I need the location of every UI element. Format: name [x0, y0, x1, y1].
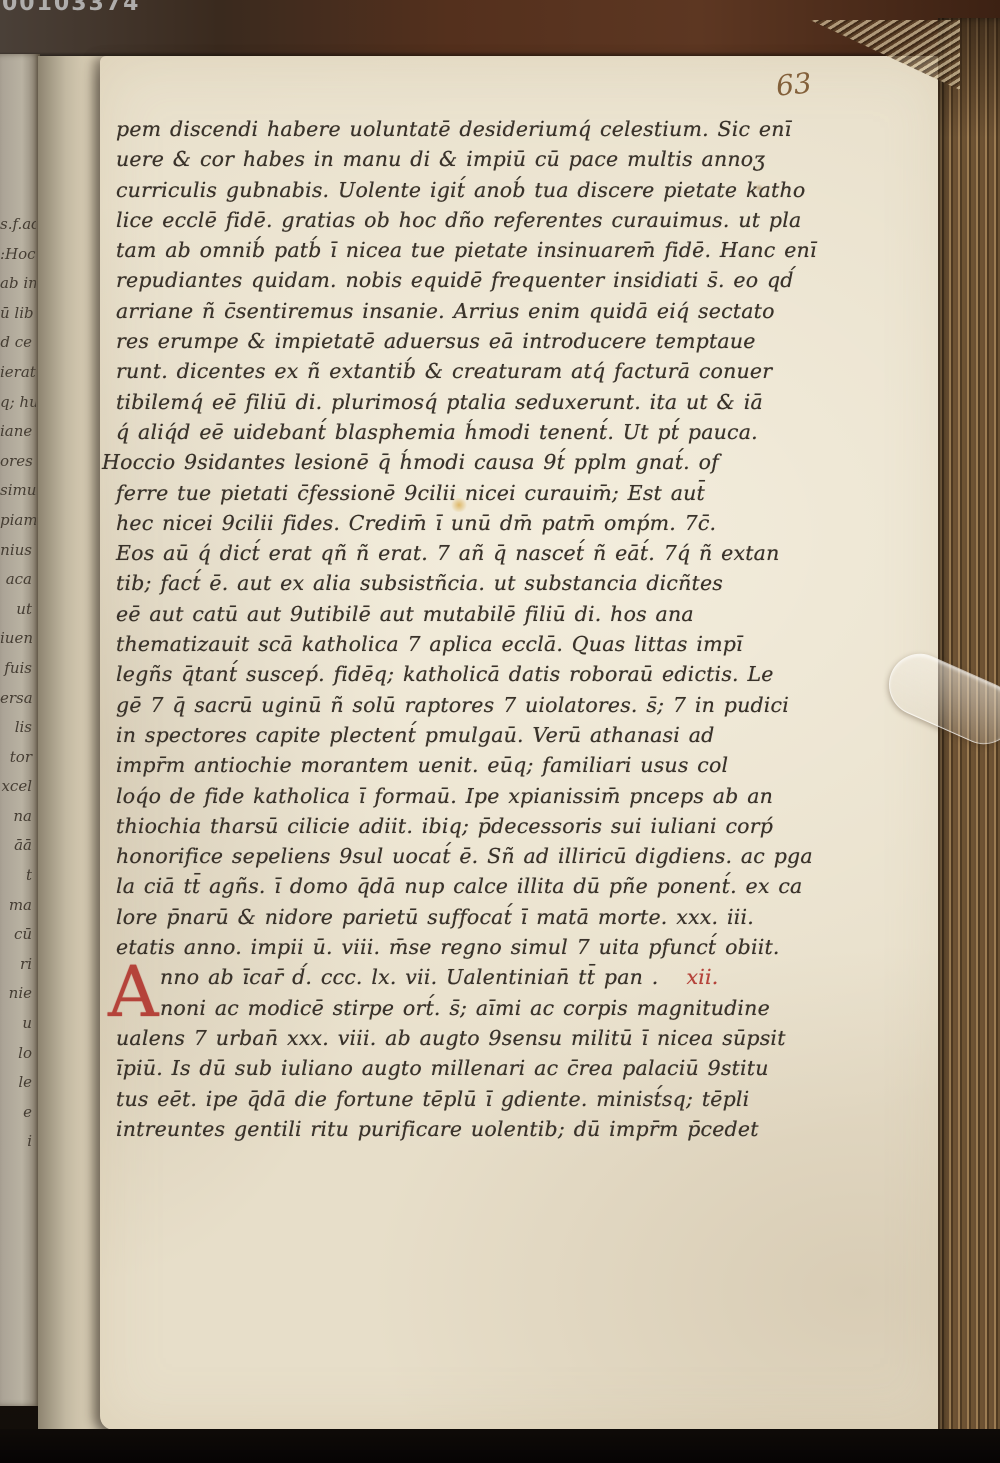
text-line: intreuntes gentili ritu purificare uolen… [116, 1114, 876, 1144]
margin-fragment: aca [0, 565, 36, 595]
margin-fragment: ut [0, 595, 36, 625]
margin-fragment: q; hul [0, 388, 36, 418]
text-line: repudiantes quidam. nobis equidē frequen… [116, 265, 876, 295]
margin-fragment: ma [0, 891, 36, 921]
margin-fragment: ab im [0, 269, 36, 299]
text-line: thematizauit scā katholica 7 aplica eccl… [116, 629, 876, 659]
text-line: legñs q̄tant́ susceṕ. fidēq; katholicā d… [116, 659, 876, 689]
folio-number: 63 [774, 66, 813, 103]
margin-fragment: ores [0, 447, 36, 477]
margin-fragment: iane [0, 417, 36, 447]
text-line: res erumpe & impietatē aduersus eā intro… [116, 326, 876, 356]
text-line: tibilemq́ eē filiū di. plurimosq́ ptalia… [116, 387, 876, 417]
margin-fragment: na [0, 802, 36, 832]
anno-text: nno ab īcar̄ d́. ccc. lx. vii. Ualentini… [160, 965, 658, 989]
manuscript-photo: 00103374 s.f.ad :Hoc ab im ū lib d ce ie… [0, 0, 1000, 1463]
margin-fragment: fuis [0, 654, 36, 684]
margin-fragment: simu [0, 476, 36, 506]
text-line: Eos aū q́ dict́ erat qñ ñ erat. 7 añ q̄ … [116, 538, 876, 568]
text-line: impr̄m antiochie morantem uenit. eūq; fa… [116, 750, 876, 780]
margin-fragment: piam [0, 506, 36, 536]
text-line: tib; fact́ ē. aut ex alia subsistñcia. u… [116, 568, 876, 598]
text-line: in spectores capite plectent́ pmulgaū. V… [116, 720, 876, 750]
margin-fragment: xcel [0, 772, 36, 802]
margin-fragment: i [0, 1127, 36, 1157]
rubric-initial-A: A [108, 960, 159, 1024]
margin-fragment: lo [0, 1039, 36, 1069]
text-line: noni ac modicē stirpe ort́. s̄; aīmi ac … [116, 993, 876, 1023]
margin-fragment: ū lib [0, 299, 36, 329]
margin-fragment: s.f.ad [0, 210, 36, 240]
text-line: ualens 7 urban̄ xxx. viii. ab augto 9sen… [116, 1023, 876, 1053]
text-line: arriane ñ c̄sentiremus insanie. Arrius e… [116, 296, 876, 326]
text-line: honorifice sepeliens 9sul uocat́ ē. Sñ a… [116, 841, 876, 871]
text-line: lice ecclē fidē. gratias ob hoc dño refe… [116, 205, 876, 235]
margin-fragment: ierat [0, 358, 36, 388]
image-id-label: 00103374 [2, 0, 140, 16]
margin-fragment: ri [0, 950, 36, 980]
margin-fragment: le [0, 1068, 36, 1098]
chapter-number-rubric: xii. [686, 965, 718, 989]
text-line: curriculis gubnabis. Uolente igit́ anob́… [116, 175, 876, 205]
text-line: loq́o de fide katholica ī formaū. Ipe xp… [116, 781, 876, 811]
facing-page-text-fragments: s.f.ad :Hoc ab im ū lib d ce ierat q; hu… [0, 210, 36, 1157]
text-line: Hoccio 9sidantes lesionē q̄ h́modi causa… [102, 447, 876, 477]
margin-fragment: cū [0, 920, 36, 950]
margin-fragment: d ce [0, 328, 36, 358]
text-block: pem discendi habere uoluntatē desiderium… [116, 114, 876, 1144]
margin-fragment: nie [0, 979, 36, 1009]
text-line: gē 7 q̄ sacrū uginū ñ solū raptores 7 ui… [116, 690, 876, 720]
margin-fragment: lis [0, 713, 36, 743]
margin-fragment: ersa [0, 684, 36, 714]
text-line: ferre tue pietati c̄fessionē 9cilii nice… [116, 478, 876, 508]
text-line: tus eēt. ipe q̄dā die fortune tēplū ī gd… [116, 1084, 876, 1114]
margin-fragment: nius [0, 536, 36, 566]
photo-bottom-shadow [0, 1429, 1000, 1463]
text-line: etatis anno. impii ū. viii. m̄se regno s… [116, 932, 876, 962]
facing-page-edge: s.f.ad :Hoc ab im ū lib d ce ierat q; hu… [0, 54, 40, 1406]
text-line: q́ aliq́d eē uidebant́ blasphemia h́modi… [116, 417, 876, 447]
text-line: thiochia tharsū cilicie adiit. ibiq; p̄d… [116, 811, 876, 841]
margin-fragment: t [0, 861, 36, 891]
text-line-chapter-start: nno ab īcar̄ d́. ccc. lx. vii. Ualentini… [116, 962, 876, 992]
text-line: īpiū. Is dū sub iuliano augto millenari … [116, 1053, 876, 1083]
text-line: lore p̄narū & nidore parietū suffocat́ ī… [116, 902, 876, 932]
margin-fragment: āā [0, 831, 36, 861]
text-line: hec nicei 9cilii fides. Credim̄ ī unū dm… [116, 508, 876, 538]
margin-fragment: :Hoc [0, 240, 36, 270]
text-line: eē aut catū aut 9utibilē aut mutabilē fi… [116, 599, 876, 629]
text-line: pem discendi habere uoluntatē desiderium… [116, 114, 876, 144]
margin-fragment: iuen [0, 624, 36, 654]
margin-fragment: u [0, 1009, 36, 1039]
manuscript-page: 63 pem discendi habere uoluntatē desider… [100, 56, 945, 1430]
margin-fragment: e [0, 1098, 36, 1128]
text-line: la ciā tt̄ agñs. ī domo q̄dā nup calce i… [116, 871, 876, 901]
text-line: uere & cor habes in manu di & impiū cū p… [116, 144, 876, 174]
text-line: tam ab omnib́ patb́ ī nicea tue pietate … [116, 235, 876, 265]
text-line: runt. dicentes ex ñ extantib́ & creatura… [116, 356, 876, 386]
margin-fragment: tor [0, 743, 36, 773]
